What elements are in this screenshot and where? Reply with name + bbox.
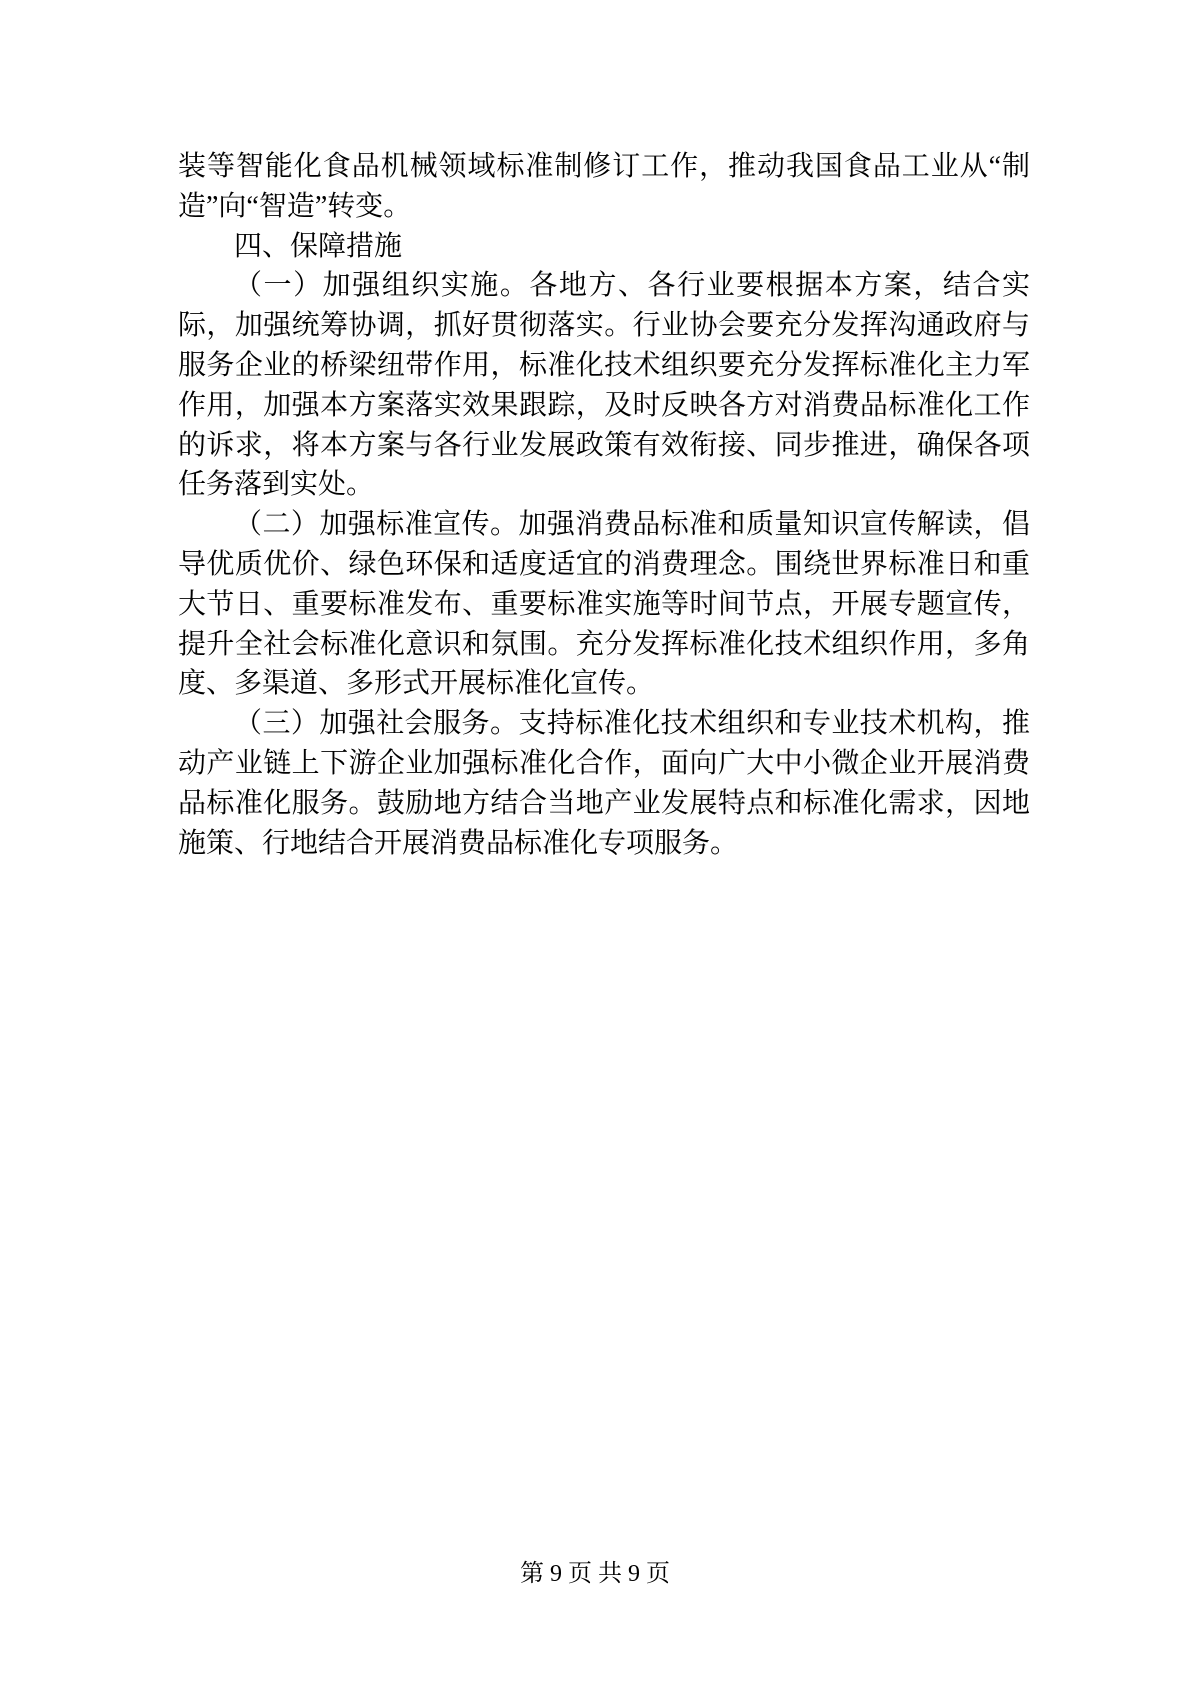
- page-number-label: 第 9 页 共 9 页: [520, 1561, 670, 1587]
- document-body: 装等智能化食品机械领域标准制修订工作，推动我国食品工业从“制造”向“智造”转变。…: [178, 147, 1030, 863]
- page-footer: 第 9 页 共 9 页: [0, 1558, 1190, 1590]
- document-page: 装等智能化食品机械领域标准制修订工作，推动我国食品工业从“制造”向“智造”转变。…: [0, 0, 1190, 1683]
- paragraph-item-2: （二）加强标准宣传。加强消费品标准和质量知识宣传解读，倡导优质优价、绿色环保和适…: [178, 505, 1030, 704]
- paragraph-continuation: 装等智能化食品机械领域标准制修订工作，推动我国食品工业从“制造”向“智造”转变。: [178, 147, 1030, 227]
- paragraph-item-1: （一）加强组织实施。各地方、各行业要根据本方案，结合实际，加强统筹协调，抓好贯彻…: [178, 266, 1030, 505]
- section-heading-safeguard-measures: 四、保障措施: [178, 227, 1030, 267]
- paragraph-item-3: （三）加强社会服务。支持标准化技术组织和专业技术机构，推动产业链上下游企业加强标…: [178, 704, 1030, 863]
